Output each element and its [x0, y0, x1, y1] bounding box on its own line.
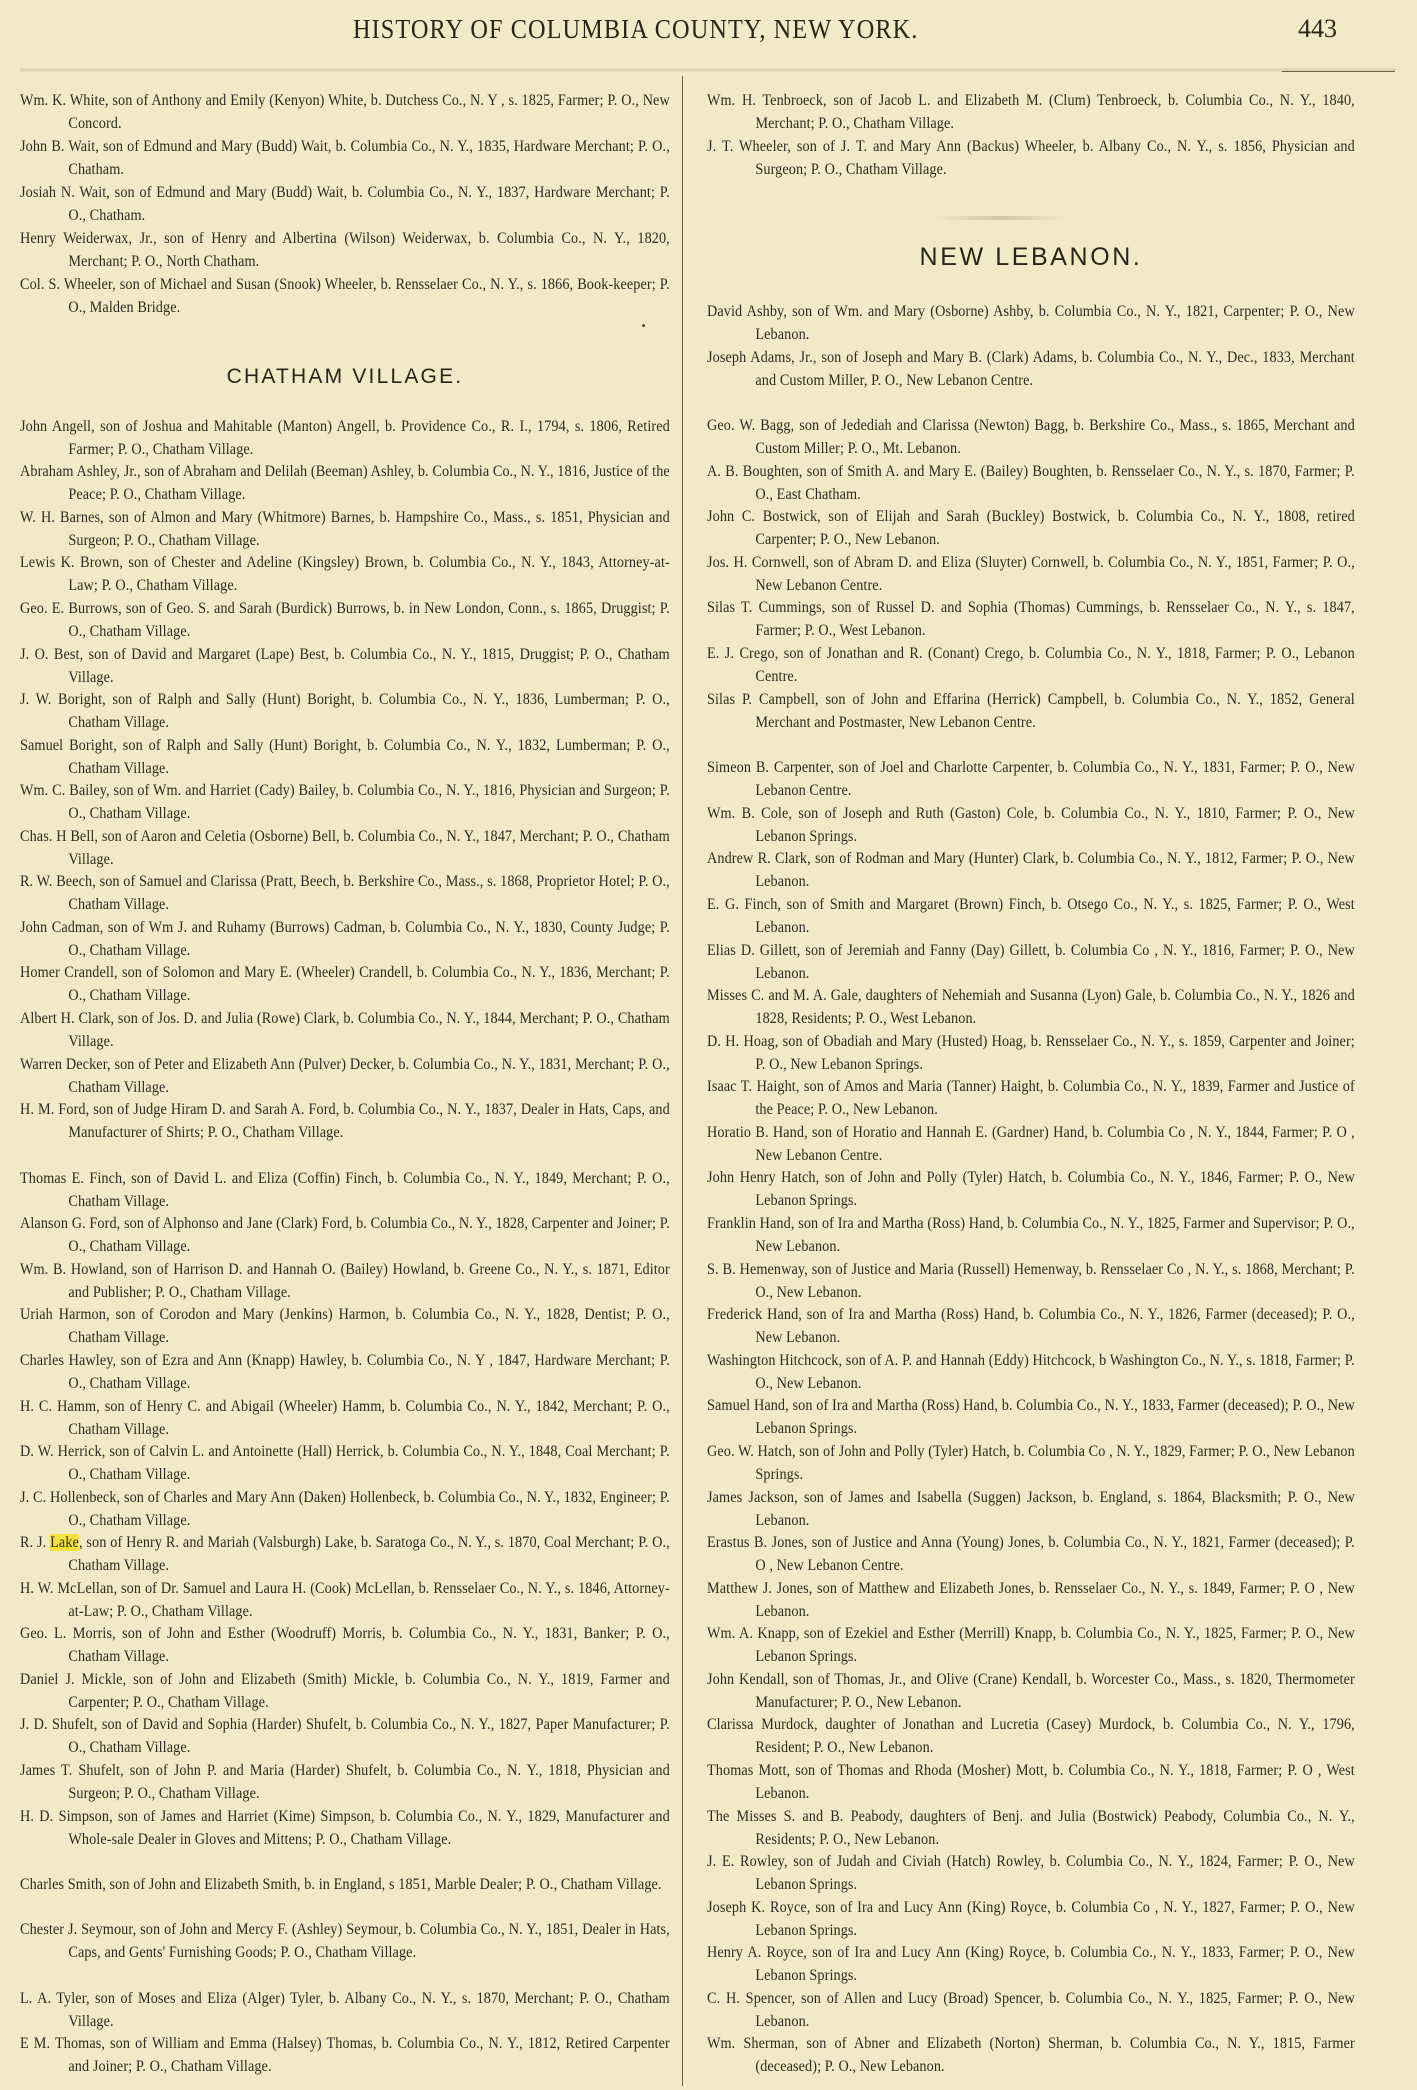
- entry: J. T. Wheeler, son of J. T. and Mary Ann…: [707, 136, 1355, 182]
- entry: Simeon B. Carpenter, son of Joel and Cha…: [707, 757, 1355, 803]
- entry: E M. Thomas, son of William and Emma (Ha…: [20, 2033, 670, 2079]
- entry: Isaac T. Haight, son of Amos and Maria (…: [707, 1076, 1355, 1122]
- entry: Charles Hawley, son of Ezra and Ann (Kna…: [20, 1350, 670, 1396]
- entry-prefix: R. J.: [20, 1534, 50, 1551]
- header-rule-segment: [1282, 71, 1395, 72]
- section-heading-chatham-village: CHATHAM VILLAGE.: [20, 365, 670, 389]
- entry: Geo. W. Hatch, son of John and Polly (Ty…: [707, 1441, 1355, 1487]
- entry: H. C. Hamm, son of Henry C. and Abigail …: [20, 1396, 670, 1442]
- entry: Daniel J. Mickle, son of John and Elizab…: [20, 1669, 670, 1715]
- entry: Misses C. and M. A. Gale, daughters of N…: [707, 985, 1355, 1031]
- running-title: HISTORY OF COLUMBIA COUNTY, NEW YORK.: [353, 14, 1019, 45]
- entry: John Angell, son of Joshua and Mahitable…: [20, 416, 670, 462]
- entry: Col. S. Wheeler, son of Michael and Susa…: [20, 274, 670, 320]
- stray-mark: [642, 324, 645, 327]
- entry: Clarissa Murdock, daughter of Jonathan a…: [707, 1714, 1355, 1760]
- entry: Henry Weiderwax, Jr., son of Henry and A…: [20, 228, 670, 274]
- entry: E. G. Finch, son of Smith and Margaret (…: [707, 894, 1355, 940]
- entry: Horatio B. Hand, son of Horatio and Hann…: [707, 1122, 1355, 1168]
- entry: J. E. Rowley, son of Judah and Civiah (H…: [707, 1851, 1355, 1897]
- entry: Warren Decker, son of Peter and Elizabet…: [20, 1054, 670, 1100]
- entry: Jos. H. Cornwell, son of Abram D. and El…: [707, 552, 1355, 598]
- entry: L. A. Tyler, son of Moses and Eliza (Alg…: [20, 1988, 670, 2034]
- entry: Geo. W. Bagg, son of Jedediah and Claris…: [707, 415, 1355, 461]
- entry: W. H. Barnes, son of Almon and Mary (Whi…: [20, 507, 670, 553]
- entry: John B. Wait, son of Edmund and Mary (Bu…: [20, 136, 670, 182]
- entry: E. J. Crego, son of Jonathan and R. (Con…: [707, 643, 1355, 689]
- entry: Geo. L. Morris, son of John and Esther (…: [20, 1623, 670, 1669]
- entry: Erastus B. Jones, son of Justice and Ann…: [707, 1532, 1355, 1578]
- entry: R. W. Beech, son of Samuel and Clarissa …: [20, 871, 670, 917]
- entry: Franklin Hand, son of Ira and Martha (Ro…: [707, 1213, 1355, 1259]
- entry: Thomas Mott, son of Thomas and Rhoda (Mo…: [707, 1760, 1355, 1806]
- entry: Matthew J. Jones, son of Matthew and Eli…: [707, 1578, 1355, 1624]
- entry: Chas. H Bell, son of Aaron and Celetia (…: [20, 826, 670, 872]
- entry: Joseph Adams, Jr., son of Joseph and Mar…: [707, 347, 1355, 393]
- entry: Charles Smith, son of John and Elizabeth…: [20, 1874, 670, 1897]
- entry: J. W. Boright, son of Ralph and Sally (H…: [20, 689, 670, 735]
- entry: Wm. H. Tenbroeck, son of Jacob L. and El…: [707, 90, 1355, 136]
- search-highlight[interactable]: Lake: [50, 1534, 79, 1551]
- column-divider: [682, 76, 683, 2086]
- entry: Geo. E. Burrows, son of Geo. S. and Sara…: [20, 598, 670, 644]
- entry: Josiah N. Wait, son of Edmund and Mary (…: [20, 182, 670, 228]
- entry: Henry A. Royce, son of Ira and Lucy Ann …: [707, 1942, 1355, 1988]
- entry: Thomas E. Finch, son of David L. and Eli…: [20, 1168, 670, 1214]
- entry: S. B. Hemenway, son of Justice and Maria…: [707, 1259, 1355, 1305]
- entry: James Jackson, son of James and Isabella…: [707, 1487, 1355, 1533]
- section-heading-new-lebanon: NEW LEBANON.: [707, 243, 1355, 272]
- entry-lake: R. J. Lake, son of Henry R. and Mariah (…: [20, 1532, 670, 1578]
- entry: Wm. B. Howland, son of Harrison D. and H…: [20, 1259, 670, 1305]
- entry: Chester J. Seymour, son of John and Merc…: [20, 1919, 670, 1965]
- entry: D. W. Herrick, son of Calvin L. and Anto…: [20, 1441, 670, 1487]
- entry: Wm. B. Cole, son of Joseph and Ruth (Gas…: [707, 803, 1355, 849]
- entry: Silas T. Cummings, son of Russel D. and …: [707, 597, 1355, 643]
- header-rule: [20, 67, 1395, 73]
- entry: Albert H. Clark, son of Jos. D. and Juli…: [20, 1008, 670, 1054]
- entry: David Ashby, son of Wm. and Mary (Osborn…: [707, 301, 1355, 347]
- entry: Wm. C. Bailey, son of Wm. and Harriet (C…: [20, 780, 670, 826]
- entry: J. C. Hollenbeck, son of Charles and Mar…: [20, 1487, 670, 1533]
- entry: Joseph K. Royce, son of Ira and Lucy Ann…: [707, 1897, 1355, 1943]
- entry: Homer Crandell, son of Solomon and Mary …: [20, 962, 670, 1008]
- entry: Andrew R. Clark, son of Rodman and Mary …: [707, 848, 1355, 894]
- entry: Wm. K. White, son of Anthony and Emily (…: [20, 90, 670, 136]
- entry: John Henry Hatch, son of John and Polly …: [707, 1167, 1355, 1213]
- entry: John Kendall, son of Thomas, Jr., and Ol…: [707, 1669, 1355, 1715]
- page-number: 443: [1298, 14, 1337, 44]
- entry: John C. Bostwick, son of Elijah and Sara…: [707, 506, 1355, 552]
- entry: Lewis K. Brown, son of Chester and Adeli…: [20, 552, 670, 598]
- entry: H. M. Ford, son of Judge Hiram D. and Sa…: [20, 1099, 670, 1145]
- entry-suffix: , son of Henry R. and Mariah (Valsburgh)…: [68, 1534, 669, 1574]
- entry: Samuel Hand, son of Ira and Martha (Ross…: [707, 1395, 1355, 1441]
- entry: John Cadman, son of Wm J. and Ruhamy (Bu…: [20, 917, 670, 963]
- entry: The Misses S. and B. Peabody, daughters …: [707, 1806, 1355, 1852]
- entry: Washington Hitchcock, son of A. P. and H…: [707, 1350, 1355, 1396]
- entry: J. O. Best, son of David and Margaret (L…: [20, 644, 670, 690]
- entry: Wm. A. Knapp, son of Ezekiel and Esther …: [707, 1623, 1355, 1669]
- entry: Abraham Ashley, Jr., son of Abraham and …: [20, 461, 670, 507]
- entry: Uriah Harmon, son of Corodon and Mary (J…: [20, 1304, 670, 1350]
- entry: H. W. McLellan, son of Dr. Samuel and La…: [20, 1578, 670, 1624]
- entry: Frederick Hand, son of Ira and Martha (R…: [707, 1304, 1355, 1350]
- entry: A. B. Boughten, son of Smith A. and Mary…: [707, 461, 1355, 507]
- entry: C. H. Spencer, son of Allen and Lucy (Br…: [707, 1988, 1355, 2034]
- entry: H. D. Simpson, son of James and Harriet …: [20, 1806, 670, 1852]
- entry: James T. Shufelt, son of John P. and Mar…: [20, 1760, 670, 1806]
- entry: D. H. Hoag, son of Obadiah and Mary (Hus…: [707, 1031, 1355, 1077]
- entry: Silas P. Campbell, son of John and Effar…: [707, 689, 1355, 735]
- entry: Elias D. Gillett, son of Jeremiah and Fa…: [707, 940, 1355, 986]
- entry: Samuel Boright, son of Ralph and Sally (…: [20, 735, 670, 781]
- entry: Wm. Sherman, son of Abner and Elizabeth …: [707, 2033, 1355, 2079]
- entry: Alanson G. Ford, son of Alphonso and Jan…: [20, 1213, 670, 1259]
- entry: J. D. Shufelt, son of David and Sophia (…: [20, 1714, 670, 1760]
- section-ornament-rule: [935, 216, 1065, 220]
- page-header: HISTORY OF COLUMBIA COUNTY, NEW YORK. 44…: [0, 14, 1417, 54]
